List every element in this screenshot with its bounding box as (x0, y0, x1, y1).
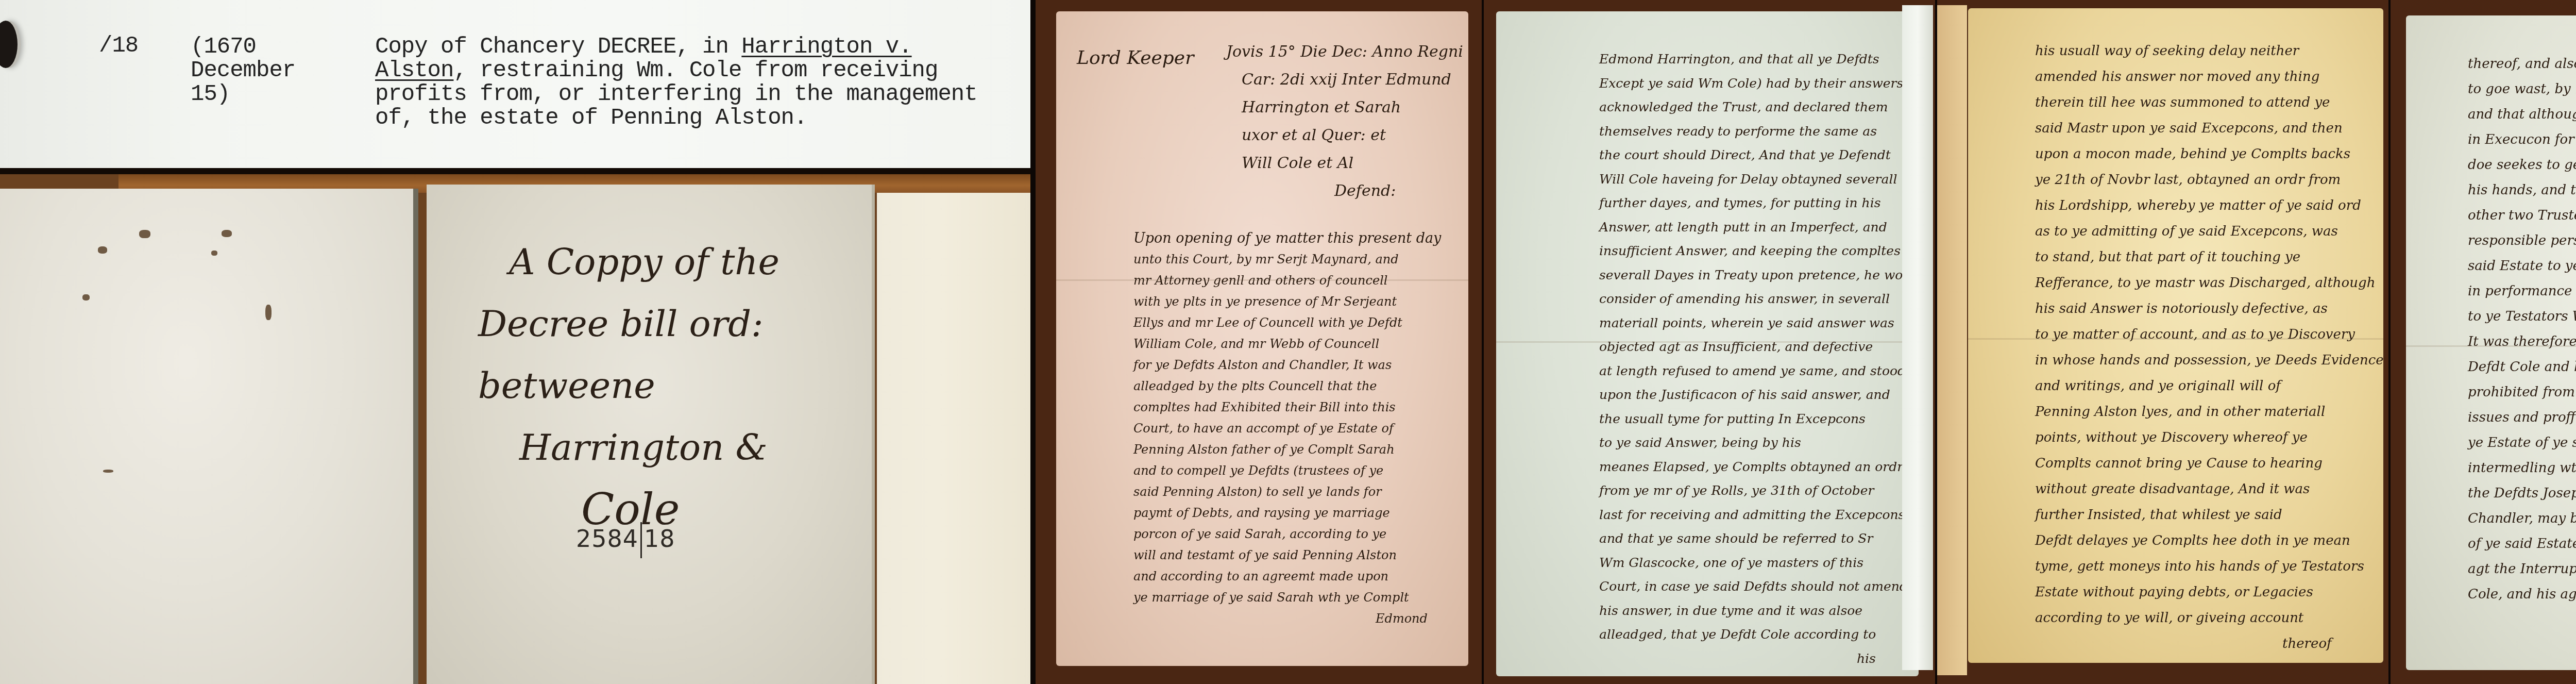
manuscript-line: thereof, and alsoe suffers much of ye Es… (2468, 52, 2576, 77)
manuscript-line: severall Dayes in Treaty upon pretence, … (1599, 263, 1919, 288)
manuscript-page-1: Lord Keeper Jovis 15° Die Dec: Anno Regn… (1036, 0, 1484, 684)
description-line: Copy of Chancery DECREE, in Harrington v… (375, 35, 1004, 59)
stain (82, 294, 90, 301)
cover-endorsement: A Coppy of the Decree bill ord: betweene… (478, 231, 839, 540)
description-line: of, the estate of Penning Alston. (375, 106, 1004, 130)
case-name-underlined: Harrington v. (741, 34, 911, 60)
manuscript-line: Court, in case ye said Defdts should not… (1599, 575, 1919, 599)
manuscript-line: Wm Glascocke, one of ye masters of this (1599, 551, 1919, 575)
manuscript-line: further Insisted, that whilest ye said (2035, 502, 2383, 528)
paper-sheet: Edmond Harrington, and that all ye Defdt… (1496, 11, 1919, 676)
description-line: Alston, restraining Wm. Cole from receiv… (375, 59, 1004, 82)
manuscript-page-3: his usuall way of seeking delay neither … (1937, 0, 2391, 684)
manuscript-line: his said Answer is notoriously defective… (2035, 296, 2383, 322)
manuscript-line: William Cole, and mr Webb of Councell (1133, 333, 1441, 355)
manuscript-line: Defdt Cole and his agents, may be (2468, 355, 2576, 380)
facing-page-edge (1937, 5, 1967, 675)
manuscript-line: paymt of Debts, and raysing ye marriage (1133, 503, 1441, 524)
manuscript-line: from ye mr of ye Rolls, ye 31th of Octob… (1599, 479, 1919, 503)
manuscript-line: acknowledged the Trust, and declared the… (1599, 95, 1919, 120)
panel-separator (1030, 0, 1036, 684)
catalogue-reference: /18 (99, 34, 138, 58)
manuscript-line: responsible persons, in Improveing the (2468, 228, 2576, 254)
catchword: Edmond (1133, 608, 1441, 629)
paper-sheet: Lord Keeper Jovis 15° Die Dec: Anno Regn… (1056, 11, 1468, 666)
manuscript-line: Cole, and his agents, All wch this Court (2468, 582, 2576, 607)
manuscript-line: issues and proffitts, or any other money… (2468, 405, 2576, 430)
date-line: (1670 (191, 35, 304, 59)
manuscript-line: at length refused to amend ye same, and … (1599, 359, 1919, 383)
manuscript-line: last for receiving and admitting the Exc… (1599, 503, 1919, 527)
manuscript-line: objected agt as Insufficient, and defect… (1599, 335, 1919, 359)
stain (211, 251, 217, 256)
manuscript-line: and to compell ye Defdts (trustees of ye (1133, 460, 1441, 481)
divider (0, 168, 1030, 174)
archive-reference: 258418 (576, 522, 675, 558)
catalogue-description: Copy of Chancery DECREE, in Harrington v… (375, 35, 1004, 130)
manuscript-line: said Mastr upon ye said Excepcons, and t… (2035, 115, 2383, 141)
manuscript-line: other two Trustees, who are able and (2468, 203, 2576, 228)
heading-line: Will Cole et Al (1226, 149, 1463, 177)
stain (103, 470, 113, 473)
manuscript-line: to ye Testators Will, as by affidt appea… (2468, 304, 2576, 329)
manuscript-line: the court should Direct, And that ye Def… (1599, 143, 1919, 168)
ref-divider (640, 522, 642, 558)
manuscript-line: to goe wast, by mismanageing the same (2468, 77, 2576, 102)
manuscript-page-4: thereof, and alsoe suffers much of ye Es… (2391, 0, 2576, 684)
manuscript-line: for ye Defdts Alston and Chandler, It wa… (1133, 355, 1441, 376)
manuscript-line: without greate disadvantage, And it was (2035, 476, 2383, 502)
heading-line: uxor et al Quer: et (1226, 122, 1463, 149)
manuscript-line: porcon of ye said Sarah, according to ye (1133, 524, 1441, 545)
manuscript-line: meanes Elapsed, ye Complts obtayned an o… (1599, 455, 1919, 479)
endorsement-line: A Coppy of the (478, 231, 839, 293)
stain (98, 246, 107, 254)
manuscript-line: his hands, and to hinder and obstruct ye (2468, 178, 2576, 203)
manuscript-line: the usuall tyme for putting In Excepcons (1599, 407, 1919, 431)
catalogue-card: /18 (1670 December 15) Copy of Chancery … (0, 0, 1030, 171)
description-text: Copy of Chancery DECREE, in (375, 34, 741, 60)
case-name-underlined: Alston (375, 58, 453, 84)
stain (265, 305, 272, 320)
lord-keeper-note: Lord Keeper (1077, 47, 1194, 69)
manuscript-line: as to ye admitting of ye said Excepcons,… (2035, 219, 2383, 244)
manuscript-line: alleadged by the plts Councell that the (1133, 376, 1441, 397)
manuscript-line: upon a mocon made, behind ye Complts bac… (2035, 141, 2383, 167)
manuscript-line: Except ye said Wm Cole) had by their ans… (1599, 72, 1919, 96)
manuscript-line: It was therefore prayed, that ye said (2468, 329, 2576, 355)
manuscript-line: and that although hee himselfe is prison… (2468, 102, 2576, 127)
manuscript-line: with ye plts in ye presence of Mr Serjea… (1133, 291, 1441, 312)
manuscript-line: will and testamt of ye said Penning Alst… (1133, 545, 1441, 566)
heading-line: Harrington et Sarah (1226, 94, 1463, 122)
manuscript-line: points, without ye Discovery whereof ye (2035, 425, 2383, 451)
manuscript-line: insufficient Answer, and keeping the com… (1599, 239, 1919, 263)
date-line: December (191, 59, 304, 82)
heading-line: Jovis 15° Die Dec: Anno Regni (1226, 38, 1463, 66)
punch-hole (0, 21, 18, 68)
manuscript-line: and that ye same should be referred to S… (1599, 527, 1919, 551)
manuscript-line: therein till hee was summoned to attend … (2035, 90, 2383, 115)
manuscript-line: Court, to have an accompt of ye Estate o… (1133, 418, 1441, 439)
manuscript-line: amended his answer nor moved any thing (2035, 64, 2383, 90)
manuscript-line: to ye said Answer, being by his (1599, 431, 1919, 455)
latin-heading: Jovis 15° Die Dec: Anno Regni Car: 2di x… (1226, 38, 1463, 205)
manuscript-line: doe seekes to gett, what moneys hee can … (2468, 153, 2576, 178)
manuscript-line: said Estate to ye best advantage, and (2468, 254, 2576, 279)
manuscript-line: further dayes, and tymes, for putting in… (1599, 191, 1919, 215)
endorsement-line: Harrington & (478, 416, 839, 478)
manuscript-line: Upon opening of ye matter this present d… (1133, 228, 1441, 249)
date-line: 15) (191, 82, 304, 106)
manuscript-line: and writings, and ye originall will of (2035, 373, 2383, 399)
manuscript-line: compltes had Exhibited their Bill into t… (1133, 397, 1441, 418)
manuscript-line: ye marriage of ye said Sarah wth ye Comp… (1133, 587, 1441, 608)
manuscript-line: to stand, but that part of it touching y… (2035, 244, 2383, 270)
endorsement-line: Decree bill ord: betweene (478, 293, 839, 416)
cover-right-flap (877, 193, 1030, 684)
manuscript-line: Penning Alston lyes, and in other materi… (2035, 399, 2383, 425)
manuscript-line: upon the Justificacon of his said answer… (1599, 383, 1919, 407)
manuscript-line: of ye said Estate to ye best advantage (2468, 531, 2576, 557)
manuscript-line: in Execucon for Debt, yett by his agents (2468, 127, 2576, 153)
archive-ref-left: 2584 (576, 525, 638, 553)
catalogue-date: (1670 December 15) (191, 35, 304, 106)
paper-sheet: his usuall way of seeking delay neither … (1968, 8, 2383, 663)
cover-photo: A Coppy of the Decree bill ord: betweene… (0, 174, 1030, 684)
page-body: Upon opening of ye matter this present d… (1133, 228, 1441, 629)
archive-ref-right: 18 (644, 525, 675, 553)
manuscript-line: his answer, in due tyme and it was alsoe (1599, 599, 1919, 623)
page-body: thereof, and alsoe suffers much of ye Es… (2468, 52, 2576, 632)
catchword: held (2468, 607, 2576, 632)
paper-sheet: thereof, and alsoe suffers much of ye Es… (2406, 15, 2576, 670)
margin-note: Lord Keeper (1077, 47, 1194, 69)
manuscript-line: his Lordshipp, whereby ye matter of ye s… (2035, 193, 2383, 219)
manuscript-line: said Penning Alston) to sell ye lands fo… (1133, 481, 1441, 503)
manuscript-line: according to ye will, or giveing account (2035, 605, 2383, 631)
manuscript-line: agt the Interruptions, of ye said Defdt (2468, 557, 2576, 582)
heading-line: Car: 2di xxij Inter Edmund (1226, 66, 1463, 94)
heading-line: Defend: (1226, 177, 1463, 205)
manuscript-line: Complts cannot bring ye Cause to hearing (2035, 451, 2383, 476)
manuscript-line: intermedling wth ye said Estate, and tha… (2468, 456, 2576, 481)
manuscript-line: tyme, gett moneys into his hands of ye T… (2035, 554, 2383, 579)
left-column: /18 (1670 December 15) Copy of Chancery … (0, 0, 1030, 684)
page-body: his usuall way of seeking delay neither … (2035, 38, 2383, 657)
manuscript-line: Will Cole haveing for Delay obtayned sev… (1599, 168, 1919, 192)
manuscript-line: in whose hands and possession, ye Deeds … (2035, 347, 2383, 373)
manuscript-line: materiall points, wherein ye said answer… (1599, 311, 1919, 336)
manuscript-line: in performance of ye Trust, according (2468, 279, 2576, 304)
manuscript-line: Chandler, may be quieted in ye managemt (2468, 506, 2576, 531)
manuscript-line: ye 21th of Novbr last, obtayned an ordr … (2035, 167, 2383, 193)
manuscript-line: his usuall way of seeking delay neither (2035, 38, 2383, 64)
description-line: profits from, or interfering in the mana… (375, 82, 1004, 106)
manuscript-line: unto this Court, by mr Serjt Maynard, an… (1133, 249, 1441, 270)
manuscript-line: consider of amending his answer, in seve… (1599, 287, 1919, 311)
manuscript-line: Answer, att length putt in an Imperfect,… (1599, 215, 1919, 240)
manuscript-line: the Defdts Joseph Alston and Richard (2468, 481, 2576, 506)
stain (139, 230, 150, 238)
manuscript-line: Edmond Harrington, and that all ye Defdt… (1599, 47, 1919, 72)
manuscript-line: Defdt delayes ye Complts hee doth in ye … (2035, 528, 2383, 554)
cover-docket: A Coppy of the Decree bill ord: betweene… (427, 185, 875, 684)
manuscript-line: to ye matter of account, and as to ye Di… (2035, 322, 2383, 347)
description-text: , restraining Wm. Cole from receiving (453, 58, 938, 84)
stain (222, 230, 232, 237)
catchword: his (1599, 647, 1919, 671)
manuscript-line: alleadged, that ye Defdt Cole according … (1599, 623, 1919, 647)
manuscript-page-2: Edmond Harrington, and that all ye Defdt… (1484, 0, 1937, 684)
manuscript-line: Ellys and mr Lee of Councell with ye Def… (1133, 312, 1441, 333)
catchword: thereof (2035, 631, 2383, 657)
manuscript-line: themselves ready to performe the same as (1599, 120, 1919, 144)
manuscript-line: ye Estate of ye said Penning Alston, or (2468, 430, 2576, 456)
page-gutter (1902, 5, 1933, 670)
manuscript-line: Penning Alston father of ye Complt Sarah (1133, 439, 1441, 460)
manuscript-line: Refferance, to ye mastr was Discharged, … (2035, 270, 2383, 296)
manuscript-line: and according to an agreemt made upon (1133, 566, 1441, 587)
manuscript-line: mr Attorney genll and others of councell (1133, 270, 1441, 291)
cover-left-flap (0, 189, 418, 684)
manuscript-line: Estate without paying debts, or Legacies (2035, 579, 2383, 605)
manuscript-line: prohibited from receiving ye rents (2468, 380, 2576, 405)
page-body: Edmond Harrington, and that all ye Defdt… (1599, 47, 1919, 671)
